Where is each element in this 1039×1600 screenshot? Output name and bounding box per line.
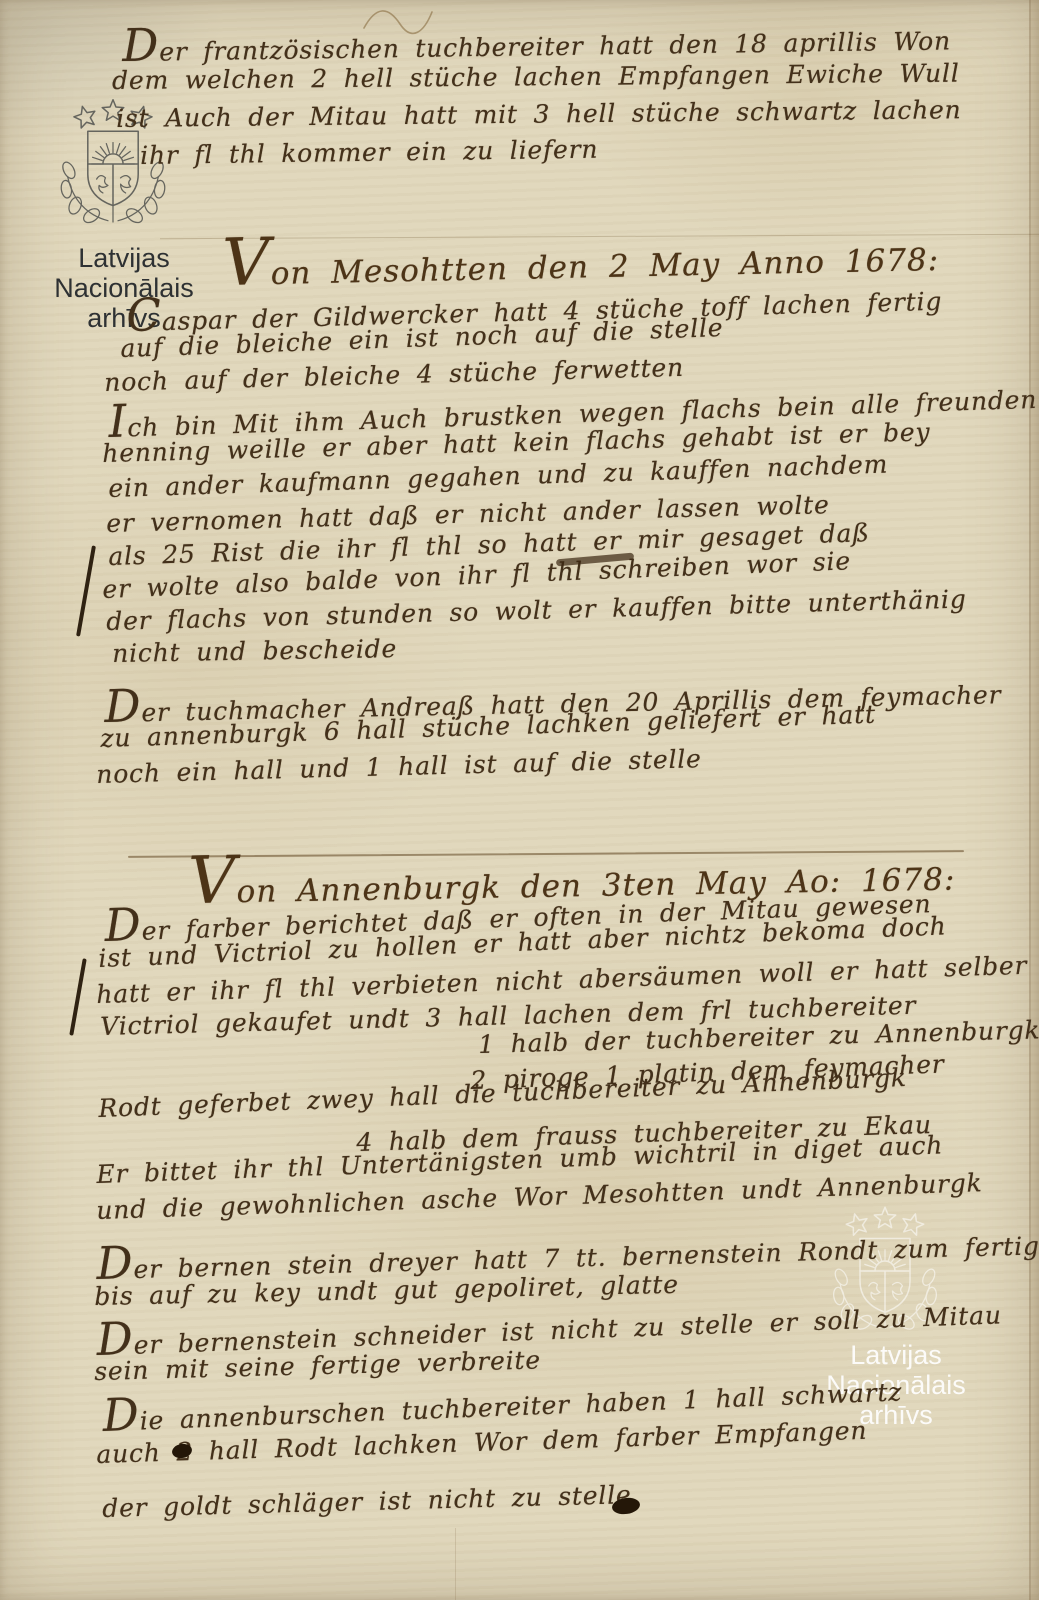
manuscript-line: ihr fl thl kommer ein zu liefern	[140, 137, 598, 168]
manuscript-line: ist Auch der Mitau hatt mit 3 hell stüch…	[116, 97, 962, 131]
manuscript-scan: Latvijas Nacionālais arhīvs Der frantzös…	[0, 0, 1039, 1600]
manuscript-line: der goldt schläger ist nicht zu stelle	[102, 1482, 632, 1521]
margin-tally-mark	[76, 545, 96, 636]
archive-name-line1: Latvijas Nacionālais	[14, 243, 234, 303]
manuscript-line: noch ein hall und 1 hall ist auf die ste…	[96, 746, 702, 787]
scan-right-edge	[1031, 0, 1039, 1600]
manuscript-line: nicht und bescheide	[112, 636, 397, 666]
fold-crease-bottom	[455, 1528, 456, 1600]
manuscript-line: Der frantzösischen tuchbereiter hatt den…	[122, 16, 951, 65]
margin-tally-mark	[69, 958, 86, 1036]
manuscript-line: dem welchen 2 hell stüche lachen Empfang…	[112, 61, 960, 93]
page-edge-crease	[1029, 0, 1031, 1600]
